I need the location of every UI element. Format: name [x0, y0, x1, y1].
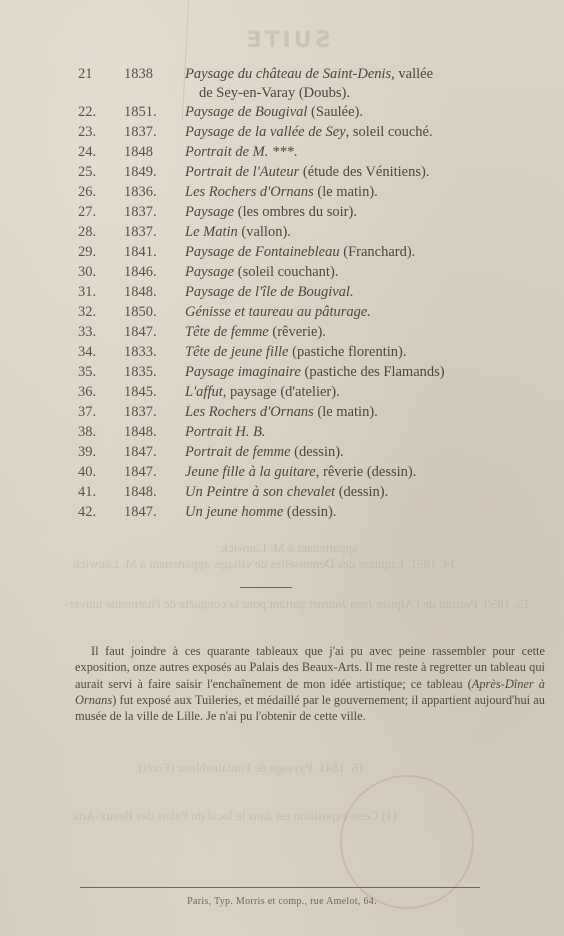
work-year: 1841. — [124, 242, 157, 262]
work-title-italic: Paysage de la vallée de Sey — [185, 124, 346, 140]
work-title: Les Rochers d'Ornans (le matin). — [185, 402, 378, 422]
work-title: Un Peintre à son chevalet (dessin). — [185, 482, 388, 502]
work-title-rest: (Franchard). — [340, 244, 416, 260]
work-title: Le Matin (vallon). — [185, 222, 291, 242]
work-title-italic: Paysage du château de Saint-Denis — [185, 66, 391, 82]
list-item: 27. 1837. Paysage (les ombres du soir). — [0, 202, 564, 222]
work-title-italic: Tête de jeune fille — [185, 344, 288, 360]
work-title-rest: (le matin). — [314, 184, 378, 200]
show-through-header: SUITE — [212, 28, 362, 53]
work-title-italic: Un jeune homme — [185, 504, 283, 520]
list-item: 24. 1848 Portrait de M. ***. — [0, 142, 564, 162]
show-through-line: appartenant à M. Lauwick. — [218, 540, 358, 556]
work-number: 30. — [78, 262, 108, 282]
work-title-italic: Paysage de l'île de Bougival. — [185, 284, 354, 300]
work-number: 38. — [78, 422, 108, 442]
work-title-rest: (le matin). — [314, 404, 378, 420]
work-title-rest: (pastiche florentin). — [288, 344, 406, 360]
work-title-rest: , paysage (d'atelier). — [223, 384, 340, 400]
work-title: Paysage imaginaire (pastiche des Flamand… — [185, 362, 445, 382]
work-year: 1837. — [124, 122, 157, 142]
work-number: 39. — [78, 442, 108, 462]
work-year: 1837. — [124, 202, 157, 222]
work-title-italic: Portrait de l'Auteur — [185, 164, 299, 180]
work-title: Paysage du château de Saint-Denis, vallé… — [185, 64, 433, 84]
work-title-rest: (pastiche des Flamands) — [301, 364, 445, 380]
work-title-rest: (étude des Vénitiens). — [299, 164, 429, 180]
work-number: 24. — [78, 142, 108, 162]
work-title: Jeune fille à la guitare, rêverie (dessi… — [185, 462, 416, 482]
work-title: Tête de jeune fille (pastiche florentin)… — [185, 342, 406, 362]
work-number: 36. — [78, 382, 108, 402]
work-title: Tête de femme (rêverie). — [185, 322, 326, 342]
show-through-line: 14. 1851. Esquisse des Demoiselles de vi… — [70, 556, 456, 572]
work-title: Paysage de Bougival (Saulée). — [185, 102, 363, 122]
work-title: Portrait de femme (dessin). — [185, 442, 344, 462]
list-item: 30. 1846. Paysage (soleil couchant). — [0, 262, 564, 282]
list-item: 21 1838 Paysage du château de Saint-Deni… — [0, 64, 564, 84]
work-number: 42. — [78, 502, 108, 522]
work-title-rest: , rêverie (dessin). — [316, 464, 417, 480]
work-year: 1848 — [124, 142, 153, 162]
work-title-rest: , vallée — [391, 66, 433, 82]
work-title: Paysage de Fontainebleau (Franchard). — [185, 242, 415, 262]
work-title-italic: Génisse et taureau au pâturage. — [185, 304, 371, 320]
list-item: 34. 1833. Tête de jeune fille (pastiche … — [0, 342, 564, 362]
work-title: Paysage (soleil couchant). — [185, 262, 338, 282]
work-title-italic: Paysage de Bougival — [185, 104, 307, 120]
work-title-rest: , soleil couché. — [346, 124, 433, 140]
list-item: 33. 1847. Tête de femme (rêverie). — [0, 322, 564, 342]
work-year: 1837. — [124, 402, 157, 422]
work-number: 40. — [78, 462, 108, 482]
work-title: Portrait H. B. — [185, 422, 266, 442]
list-item: 26. 1836. Les Rochers d'Ornans (le matin… — [0, 182, 564, 202]
document-page: SUITE appartenant à M. Lauwick. 14. 1851… — [0, 0, 564, 936]
work-title-rest: (dessin). — [335, 484, 388, 500]
work-year: 1848. — [124, 482, 157, 502]
work-title-rest: (Saulée). — [307, 104, 363, 120]
work-title-italic: Paysage imaginaire — [185, 364, 301, 380]
work-number: 29. — [78, 242, 108, 262]
section-separator — [240, 587, 292, 588]
list-item: 32. 1850. Génisse et taureau au pâturage… — [0, 302, 564, 322]
work-title: Les Rochers d'Ornans (le matin). — [185, 182, 378, 202]
work-year: 1833. — [124, 342, 157, 362]
work-title-italic: Paysage — [185, 264, 234, 280]
work-title: Paysage (les ombres du soir). — [185, 202, 357, 222]
work-number: 23. — [78, 122, 108, 142]
work-year: 1850. — [124, 302, 157, 322]
work-number: 22. — [78, 102, 108, 122]
work-title-rest: (vallon). — [238, 224, 291, 240]
work-title-rest: (dessin). — [291, 444, 344, 460]
note-text: ) fut exposé aux Tuileries, et médaillé … — [75, 693, 545, 723]
work-year: 1837. — [124, 222, 157, 242]
show-through-stamp — [340, 775, 474, 909]
work-year: 1846. — [124, 262, 157, 282]
note-paragraph: Il faut joindre à ces quarante tableaux … — [75, 643, 545, 724]
work-title-italic: Un Peintre à son chevalet — [185, 484, 335, 500]
work-number: 34. — [78, 342, 108, 362]
work-number: 32. — [78, 302, 108, 322]
work-year: 1835. — [124, 362, 157, 382]
work-title-italic: Les Rochers d'Ornans — [185, 184, 314, 200]
list-item: 38. 1848. Portrait H. B. — [0, 422, 564, 442]
list-item: 29. 1841. Paysage de Fontainebleau (Fran… — [0, 242, 564, 262]
work-title-italic: L'affut — [185, 384, 223, 400]
work-number: 35. — [78, 362, 108, 382]
show-through-line: 16. 1841. Paysage de Fontainebleau (Forê… — [135, 760, 365, 776]
work-year: 1847. — [124, 462, 157, 482]
work-title-rest: (dessin). — [283, 504, 336, 520]
list-item: 23. 1837. Paysage de la vallée de Sey, s… — [0, 122, 564, 142]
work-title-rest: (soleil couchant). — [234, 264, 338, 280]
footer-rule — [80, 887, 480, 888]
work-title-italic: Portrait de M. *** — [185, 144, 294, 160]
list-item-continuation: de Sey-en-Varay (Doubs). — [0, 83, 564, 103]
list-item: 37. 1837. Les Rochers d'Ornans (le matin… — [0, 402, 564, 422]
work-number: 26. — [78, 182, 108, 202]
list-item: 31. 1848. Paysage de l'île de Bougival. — [0, 282, 564, 302]
work-title: Un jeune homme (dessin). — [185, 502, 336, 522]
work-title-rest: . — [294, 144, 298, 160]
work-number: 25. — [78, 162, 108, 182]
work-year: 1836. — [124, 182, 157, 202]
work-title: L'affut, paysage (d'atelier). — [185, 382, 340, 402]
work-year: 1845. — [124, 382, 157, 402]
work-year: 1847. — [124, 322, 157, 342]
printer-imprint: Paris, Typ. Morris et comp., rue Amelot,… — [0, 896, 564, 907]
work-title-italic: Les Rochers d'Ornans — [185, 404, 314, 420]
work-title: Paysage de l'île de Bougival. — [185, 282, 354, 302]
work-title-italic: Tête de femme — [185, 324, 269, 340]
work-number: 31. — [78, 282, 108, 302]
work-year: 1851. — [124, 102, 157, 122]
work-title: Portrait de l'Auteur (étude des Vénitien… — [185, 162, 429, 182]
list-item: 39. 1847. Portrait de femme (dessin). — [0, 442, 564, 462]
list-item: 25. 1849. Portrait de l'Auteur (étude de… — [0, 162, 564, 182]
list-item: 28. 1837. Le Matin (vallon). — [0, 222, 564, 242]
list-item: 40. 1847. Jeune fille à la guitare, rêve… — [0, 462, 564, 482]
list-item: 41. 1848. Un Peintre à son chevalet (des… — [0, 482, 564, 502]
work-title-italic: Portrait H. B. — [185, 424, 266, 440]
work-title-rest: (rêverie). — [269, 324, 326, 340]
show-through-line: 15. 1850. Portrait de l'Alpiste Jean Jou… — [65, 596, 530, 612]
work-number: 28. — [78, 222, 108, 242]
work-title: Génisse et taureau au pâturage. — [185, 302, 371, 322]
work-number: 33. — [78, 322, 108, 342]
work-title-italic: Paysage — [185, 204, 234, 220]
list-item: 42. 1847. Un jeune homme (dessin). — [0, 502, 564, 522]
list-item: 35. 1835. Paysage imaginaire (pastiche d… — [0, 362, 564, 382]
work-number: 21 — [78, 64, 108, 84]
work-year: 1848. — [124, 282, 157, 302]
work-number: 37. — [78, 402, 108, 422]
work-title-rest: (les ombres du soir). — [234, 204, 357, 220]
work-year: 1838 — [124, 64, 153, 84]
list-item: 22. 1851. Paysage de Bougival (Saulée). — [0, 102, 564, 122]
work-title-continuation: de Sey-en-Varay (Doubs). — [199, 83, 350, 103]
list-item: 36. 1845. L'affut, paysage (d'atelier). — [0, 382, 564, 402]
work-title-italic: Paysage de Fontainebleau — [185, 244, 340, 260]
work-title: Portrait de M. ***. — [185, 142, 297, 162]
work-title-italic: Portrait de femme — [185, 444, 291, 460]
work-number: 27. — [78, 202, 108, 222]
work-year: 1847. — [124, 442, 157, 462]
work-year: 1848. — [124, 422, 157, 442]
work-year: 1849. — [124, 162, 157, 182]
work-title-italic: Le Matin — [185, 224, 238, 240]
work-title-italic: Jeune fille à la guitare — [185, 464, 316, 480]
work-title: Paysage de la vallée de Sey, soleil couc… — [185, 122, 433, 142]
work-number: 41. — [78, 482, 108, 502]
work-year: 1847. — [124, 502, 157, 522]
